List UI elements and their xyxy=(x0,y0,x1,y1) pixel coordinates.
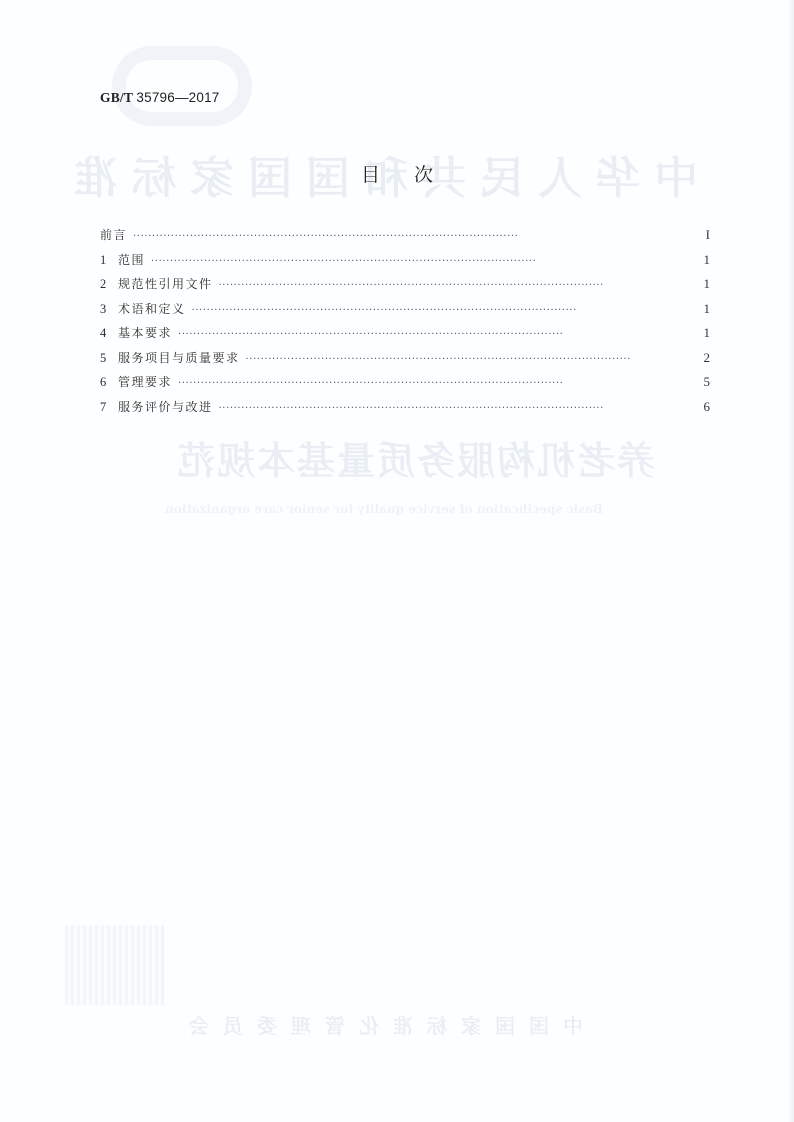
toc-leader-dots: ········································… xyxy=(178,379,694,389)
toc-leader-dots: ········································… xyxy=(192,306,694,316)
toc-entry-number: 7 xyxy=(100,400,118,415)
toc-leader-dots: ········································… xyxy=(219,404,694,414)
bleed-through-committee: 中国国家标准化管理委员会 xyxy=(175,1010,583,1039)
toc-entry-page: 5 xyxy=(694,374,710,390)
toc-entry-number: 2 xyxy=(100,277,118,292)
bleed-through-logo xyxy=(112,46,252,126)
toc-entry-evaluation-improvement[interactable]: 7 服务评价与改进 ······························… xyxy=(100,398,710,423)
toc-entry-label: 服务项目与质量要求 xyxy=(118,349,246,366)
bleed-through-cover-english: Basic specification of service quality f… xyxy=(165,502,603,516)
toc-entry-page: 1 xyxy=(694,252,710,268)
toc-entry-basic-requirements[interactable]: 4 基本要求 ·································… xyxy=(100,324,710,349)
toc-leader-dots: ········································… xyxy=(151,257,694,267)
toc-entry-number: 4 xyxy=(100,326,118,341)
toc-entry-number: 3 xyxy=(100,302,118,317)
toc-entry-page: 6 xyxy=(694,399,710,415)
toc-entry-normative-references[interactable]: 2 规范性引用文件 ······························… xyxy=(100,275,710,300)
toc-leader-dots: ········································… xyxy=(133,232,694,242)
toc-entry-label: 管理要求 xyxy=(118,373,178,390)
document-page: 中华人民共和国国家标准 养老机构服务质量基本规范 Basic specifica… xyxy=(0,0,794,1122)
toc-entry-label: 规范性引用文件 xyxy=(118,275,219,292)
bleed-through-cover-subtitle: 养老机构服务质量基本规范 xyxy=(175,430,655,485)
toc-entry-foreword[interactable]: 前言 ·····································… xyxy=(100,226,710,251)
toc-entry-scope[interactable]: 1 范围 ···································… xyxy=(100,251,710,276)
toc-leader-dots: ········································… xyxy=(178,330,694,340)
toc-title-char-2: 次 xyxy=(414,164,433,186)
toc-title-char-1: 目 xyxy=(361,164,380,186)
standard-prefix: GB/T xyxy=(100,90,133,105)
bleed-through-barcode xyxy=(65,925,165,1005)
standard-code: 35796—2017 xyxy=(136,90,219,105)
toc-entry-management-requirements[interactable]: 6 管理要求 ·································… xyxy=(100,373,710,398)
toc-entry-label: 前言 xyxy=(100,226,133,243)
toc-entry-number: 1 xyxy=(100,253,118,268)
toc-entry-number: 5 xyxy=(100,351,118,366)
toc-entry-label: 术语和定义 xyxy=(118,300,192,317)
toc-entry-service-items-quality[interactable]: 5 服务项目与质量要求 ····························… xyxy=(100,349,710,374)
toc-entry-page: 1 xyxy=(694,276,710,292)
table-of-contents: 前言 ·····································… xyxy=(100,226,710,422)
toc-entry-page: 2 xyxy=(694,350,710,366)
standard-number: GB/T 35796—2017 xyxy=(100,90,219,106)
toc-entry-page: I xyxy=(694,227,710,243)
toc-entry-label: 服务评价与改进 xyxy=(118,398,219,415)
toc-entry-page: 1 xyxy=(694,301,710,317)
toc-entry-number: 6 xyxy=(100,375,118,390)
toc-title: 目次 xyxy=(0,160,794,187)
toc-leader-dots: ········································… xyxy=(246,355,694,365)
toc-leader-dots: ········································… xyxy=(219,281,694,291)
toc-entry-terms-definitions[interactable]: 3 术语和定义 ································… xyxy=(100,300,710,325)
toc-entry-label: 基本要求 xyxy=(118,324,178,341)
toc-entry-page: 1 xyxy=(694,325,710,341)
toc-entry-label: 范围 xyxy=(118,251,151,268)
